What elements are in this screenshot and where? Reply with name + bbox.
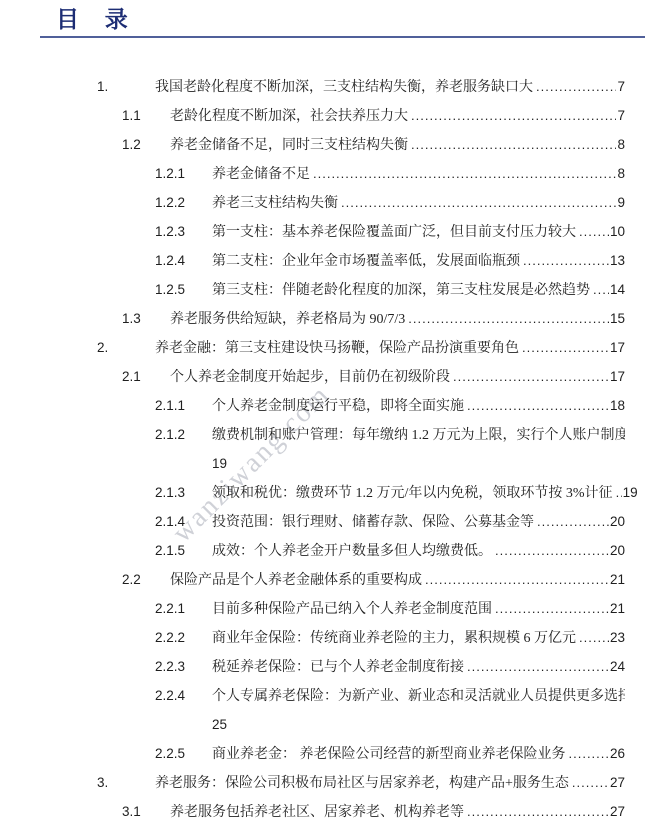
toc-entry-number: 1.2.5 — [155, 275, 212, 304]
toc-entry-number: 1.2.4 — [155, 246, 212, 275]
toc-entry-title: 目前多种保险产品已纳入个人养老金制度范围 — [212, 595, 492, 623]
toc-entry-number: 1.2.1 — [155, 159, 212, 188]
toc-entry-number: 3.1 — [122, 797, 170, 826]
toc-entry-title: 税延养老保险：已与个人养老金制度衔接 — [212, 653, 464, 681]
toc-entry[interactable]: 2.1.2缴费机制和账户管理：每年缴纳 1.2 万元为上限，实行个人账户制度 — [0, 420, 652, 449]
toc-entry[interactable]: 2.养老金融：第三支柱建设快马扬鞭，保险产品扮演重要角色............… — [0, 333, 652, 362]
toc-entry[interactable]: 2.1.4投资范围：银行理财、储蓄存款、保险、公募基金等............… — [0, 507, 652, 536]
toc-entry-number: 2.2.4 — [155, 681, 212, 710]
toc-entry-title: 个人专属养老保险：为新产业、新业态和灵活就业人员提供更多选择 — [212, 682, 625, 710]
toc-entry[interactable]: 1.2.4第二支柱：企业年金市场覆盖率低，发展面临瓶颈.............… — [0, 246, 652, 275]
toc-entry-page: 21 — [610, 565, 625, 594]
toc-entry-number: 2.2.2 — [155, 623, 212, 652]
toc-entry-number: 2.1 — [122, 362, 170, 391]
toc-entry-title: 个人养老金制度开始起步，目前仍在初级阶段 — [170, 363, 450, 391]
toc-entry[interactable]: 2.1个人养老金制度开始起步，目前仍在初级阶段.................… — [0, 362, 652, 391]
dot-leader: ........................................… — [579, 623, 609, 652]
dot-leader: ........................................… — [579, 217, 609, 246]
toc-entry-page: 27 — [610, 797, 625, 826]
toc-entry-title: 投资范围：银行理财、储蓄存款、保险、公募基金等 — [212, 508, 534, 536]
toc-entry-number: 2.1.4 — [155, 507, 212, 536]
toc-entry-page: 8 — [617, 159, 625, 188]
dot-leader: ........................................… — [313, 159, 616, 188]
dot-leader: ........................................… — [411, 130, 616, 159]
toc-entry-page: 14 — [610, 275, 625, 304]
toc-entry[interactable]: 1.我国老龄化程度不断加深，三支柱结构失衡，养老服务缺口大...........… — [0, 72, 652, 101]
toc-entry-number: 1. — [97, 72, 155, 101]
toc-entry-number: 1.2.2 — [155, 188, 212, 217]
dot-leader: ........................................… — [453, 362, 609, 391]
toc-entry-title: 领取和税优：缴费环节 1.2 万元/年以内免税，领取环节按 3%计征 — [212, 479, 613, 507]
dot-leader: ........................................… — [411, 101, 616, 130]
toc-entry-page: 18 — [610, 391, 625, 420]
toc-entry-page: 26 — [610, 739, 625, 768]
toc-entry-page: 20 — [610, 536, 625, 565]
toc-entry-page: 13 — [610, 246, 625, 275]
toc-entry-title: 我国老龄化程度不断加深，三支柱结构失衡，养老服务缺口大 — [155, 73, 533, 101]
toc-entry[interactable]: 2.1.5成效：个人养老金开户数量多但人均缴费低。...............… — [0, 536, 652, 565]
dot-leader: ........................................… — [536, 72, 616, 101]
toc-list: 1.我国老龄化程度不断加深，三支柱结构失衡，养老服务缺口大...........… — [0, 72, 652, 826]
toc-entry-title: 养老金储备不足，同时三支柱结构失衡 — [170, 131, 408, 159]
toc-entry-number: 2.1.1 — [155, 391, 212, 420]
toc-entry-title: 缴费机制和账户管理：每年缴纳 1.2 万元为上限，实行个人账户制度 — [212, 421, 625, 449]
dot-leader: ........................................… — [341, 188, 616, 217]
dot-leader: ........................................… — [425, 565, 609, 594]
toc-entry-page: 9 — [617, 188, 625, 217]
toc-entry[interactable]: 1.3养老服务供给短缺，养老格局为 90/7/3................… — [0, 304, 652, 333]
dot-leader: ........................................… — [467, 391, 609, 420]
toc-entry-page: 24 — [610, 652, 625, 681]
toc-entry[interactable]: 2.2.2商业年金保险：传统商业养老险的主力，累积规模 6 万亿元.......… — [0, 623, 652, 652]
toc-entry-number: 2.2 — [122, 565, 170, 594]
toc-entry[interactable]: 3.1养老服务包括养老社区、居家养老、机构养老等................… — [0, 797, 652, 826]
toc-entry-number: 1.2 — [122, 130, 170, 159]
toc-entry[interactable]: 1.1老龄化程度不断加深，社会扶养压力大....................… — [0, 101, 652, 130]
toc-entry[interactable]: 2.2保险产品是个人养老金融体系的重要构成...................… — [0, 565, 652, 594]
toc-entry-number: 2.2.1 — [155, 594, 212, 623]
toc-entry-title: 老龄化程度不断加深，社会扶养压力大 — [170, 102, 408, 130]
toc-entry-title: 成效：个人养老金开户数量多但人均缴费低。 — [212, 537, 492, 565]
toc-entry[interactable]: 2.2.4个人专属养老保险：为新产业、新业态和灵活就业人员提供更多选择 — [0, 681, 652, 710]
toc-entry[interactable]: 2.2.3税延养老保险：已与个人养老金制度衔接.................… — [0, 652, 652, 681]
toc-entry-title: 第一支柱：基本养老保险覆盖面广泛，但目前支付压力较大 — [212, 218, 576, 246]
dot-leader: ........................................… — [569, 739, 609, 768]
toc-entry[interactable]: 2.2.5商业养老金： 养老保险公司经营的新型商业养老保险业务.........… — [0, 739, 652, 768]
toc-entry[interactable]: 1.2.5第三支柱：伴随老龄化程度的加深，第三支柱发展是必然趋势........… — [0, 275, 652, 304]
dot-leader: ........................................… — [593, 275, 609, 304]
toc-entry-page: 15 — [610, 304, 625, 333]
toc-entry-title: 保险产品是个人养老金融体系的重要构成 — [170, 566, 422, 594]
dot-leader: ........................................… — [467, 797, 609, 826]
toc-entry-page: 7 — [617, 72, 625, 101]
toc-entry-page: 8 — [617, 130, 625, 159]
toc-entry[interactable]: 1.2养老金储备不足，同时三支柱结构失衡....................… — [0, 130, 652, 159]
toc-entry-page: 19 — [623, 478, 638, 507]
toc-entry-title: 养老服务供给短缺，养老格局为 90/7/3 — [170, 305, 405, 333]
toc-entry-number: 2.2.5 — [155, 739, 212, 768]
toc-page: wanziwang.com 目 录 1.我国老龄化程度不断加深，三支柱结构失衡，… — [0, 0, 652, 835]
toc-entry-number: 2.1.3 — [155, 478, 212, 507]
toc-entry-title: 养老金储备不足 — [212, 160, 310, 188]
toc-entry[interactable]: 1.2.2养老三支柱结构失衡..........................… — [0, 188, 652, 217]
toc-entry-page: 21 — [610, 594, 625, 623]
toc-entry-page: 17 — [610, 333, 625, 362]
toc-entry-number: 2.1.5 — [155, 536, 212, 565]
toc-entry-title: 个人养老金制度运行平稳，即将全面实施 — [212, 392, 464, 420]
toc-entry[interactable]: 2.2.1目前多种保险产品已纳入个人养老金制度范围...............… — [0, 594, 652, 623]
title-underline — [40, 36, 645, 38]
toc-entry-number: 1.1 — [122, 101, 170, 130]
dot-leader: ........................................… — [523, 246, 609, 275]
toc-entry-number: 3. — [97, 768, 155, 797]
toc-entry-number: 1.3 — [122, 304, 170, 333]
toc-entry[interactable]: 1.2.1养老金储备不足............................… — [0, 159, 652, 188]
toc-entry-continuation[interactable]: 25 — [0, 710, 652, 739]
toc-entry-title: 第二支柱：企业年金市场覆盖率低，发展面临瓶颈 — [212, 247, 520, 275]
toc-entry-title: 养老服务：保险公司积极布局社区与居家养老，构建产品+服务生态 — [155, 769, 569, 797]
dot-leader: ........................................… — [408, 304, 609, 333]
toc-entry[interactable]: 2.1.1个人养老金制度运行平稳，即将全面实施.................… — [0, 391, 652, 420]
dot-leader: ........................................… — [467, 652, 609, 681]
toc-entry-number: 2. — [97, 333, 155, 362]
toc-entry[interactable]: 3.养老服务：保险公司积极布局社区与居家养老，构建产品+服务生态........… — [0, 768, 652, 797]
toc-entry[interactable]: 2.1.3领取和税优：缴费环节 1.2 万元/年以内免税，领取环节按 3%计征.… — [0, 478, 652, 507]
toc-entry-page: 27 — [610, 768, 625, 797]
toc-entry-title: 第三支柱：伴随老龄化程度的加深，第三支柱发展是必然趋势 — [212, 276, 590, 304]
toc-entry-page: 10 — [610, 217, 625, 246]
toc-entry-title: 商业养老金： 养老保险公司经营的新型商业养老保险业务 — [212, 740, 566, 768]
dot-leader: ........................................… — [522, 333, 609, 362]
toc-entry-page: 7 — [617, 101, 625, 130]
toc-entry-continuation[interactable]: 19 — [0, 449, 652, 478]
header: 目 录 — [0, 0, 652, 38]
toc-entry-title: 养老三支柱结构失衡 — [212, 189, 338, 217]
toc-entry-number: 1.2.3 — [155, 217, 212, 246]
toc-entry-page: 23 — [610, 623, 625, 652]
toc-entry-title: 养老服务包括养老社区、居家养老、机构养老等 — [170, 798, 464, 826]
toc-entry-page: 20 — [610, 507, 625, 536]
toc-entry-title: 养老金融：第三支柱建设快马扬鞭，保险产品扮演重要角色 — [155, 334, 519, 362]
dot-leader: ........................................… — [495, 594, 609, 623]
toc-entry-title: 商业年金保险：传统商业养老险的主力，累积规模 6 万亿元 — [212, 624, 576, 652]
toc-entry[interactable]: 1.2.3第一支柱：基本养老保险覆盖面广泛，但目前支付压力较大.........… — [0, 217, 652, 246]
dot-leader: ........................................… — [572, 768, 609, 797]
page-title: 目 录 — [56, 6, 652, 34]
toc-entry-page: 17 — [610, 362, 625, 391]
toc-entry-page: 19 — [212, 449, 227, 478]
dot-leader: ........................................… — [537, 507, 609, 536]
dot-leader: ........................................… — [616, 478, 622, 507]
toc-entry-page: 25 — [212, 710, 227, 739]
toc-entry-number: 2.1.2 — [155, 420, 212, 449]
dot-leader: ........................................… — [495, 536, 609, 565]
toc-entry-number: 2.2.3 — [155, 652, 212, 681]
